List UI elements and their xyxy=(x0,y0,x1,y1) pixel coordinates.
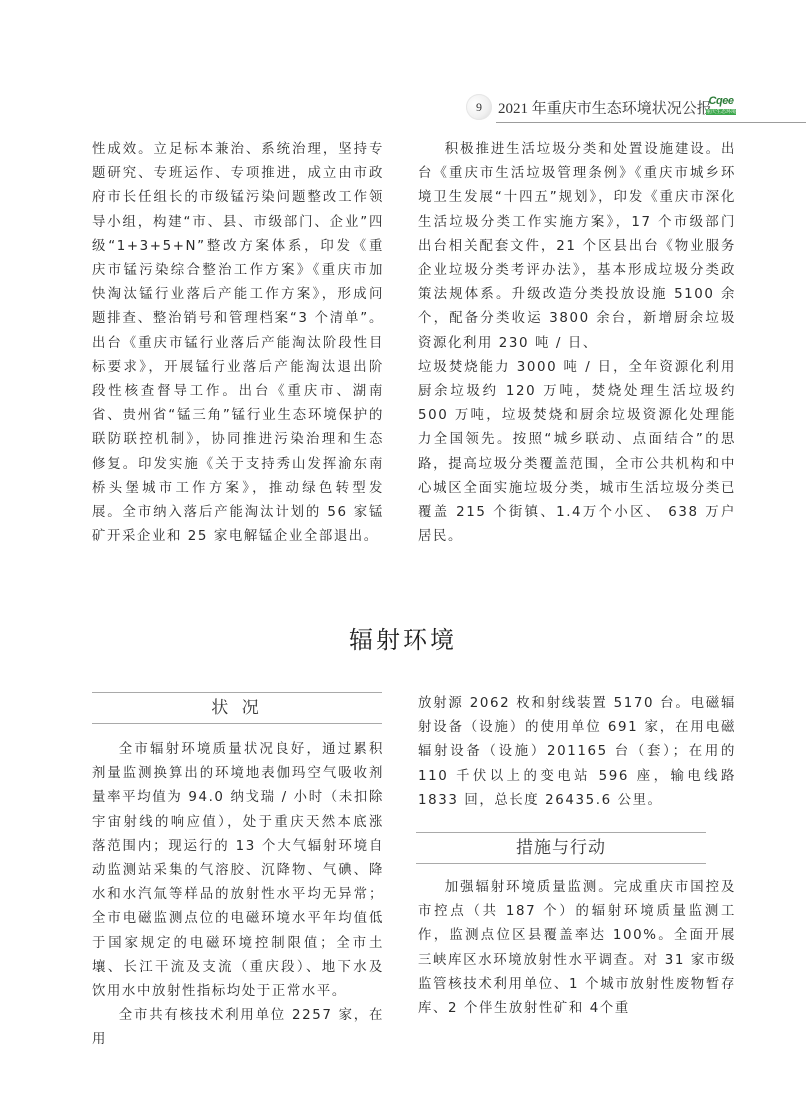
paragraph: 垃圾焚烧能力 3000 吨 / 日，全年资源化利用厨余垃圾约 120 万吨，焚烧… xyxy=(418,356,736,550)
paragraph: 放射源 2062 枚和射线装置 5170 台。电磁辐射设备（设施）的使用单位 6… xyxy=(418,692,736,813)
measures-heading: 措施与行动 xyxy=(416,832,706,864)
paragraph: 积极推进生活垃圾分类和处置设施建设。出台《重庆市生活垃圾管理条例》《重庆市城乡环… xyxy=(418,138,736,356)
top-right-column: 积极推进生活垃圾分类和处置设施建设。出台《重庆市生活垃圾管理条例》《重庆市城乡环… xyxy=(418,138,736,549)
status-heading: 状 况 xyxy=(92,692,382,724)
cqee-logo: Cqee 重庆生态环境 xyxy=(702,96,740,118)
top-left-column: 性成效。立足标本兼治、系统治理，坚持专题研究、专班运作、专项推进，成立由市政府市… xyxy=(92,138,384,549)
paragraph: 全市共有核技术利用单位 2257 家，在用 xyxy=(92,1004,384,1052)
section-title: 辐射环境 xyxy=(0,620,806,655)
paragraph: 全市辐射环境质量状况良好，通过累积剂量监测换算出的环境地表伽玛空气吸收剂量率平均… xyxy=(92,738,384,1004)
paragraph: 加强辐射环境质量监测。完成重庆市国控及市控点（共 187 个）的辐射环境质量监测… xyxy=(418,876,736,1021)
page-number-badge: 9 xyxy=(466,94,492,120)
report-title: 2021 年重庆市生态环境状况公报 xyxy=(498,97,712,118)
paragraph: 性成效。立足标本兼治、系统治理，坚持专题研究、专班运作、专项推进，成立由市政府市… xyxy=(92,138,384,549)
header-divider xyxy=(496,122,806,123)
status-continuation: 放射源 2062 枚和射线装置 5170 台。电磁辐射设备（设施）的使用单位 6… xyxy=(418,692,736,813)
measures-column: 加强辐射环境质量监测。完成重庆市国控及市控点（共 187 个）的辐射环境质量监测… xyxy=(418,876,736,1021)
logo-mark: Cqee xyxy=(702,96,740,107)
logo-subtitle: 重庆生态环境 xyxy=(706,109,736,115)
status-column: 全市辐射环境质量状况良好，通过累积剂量监测换算出的环境地表伽玛空气吸收剂量率平均… xyxy=(92,738,384,1053)
page-header: 9 2021 年重庆市生态环境状况公报 Cqee 重庆生态环境 xyxy=(466,92,766,124)
